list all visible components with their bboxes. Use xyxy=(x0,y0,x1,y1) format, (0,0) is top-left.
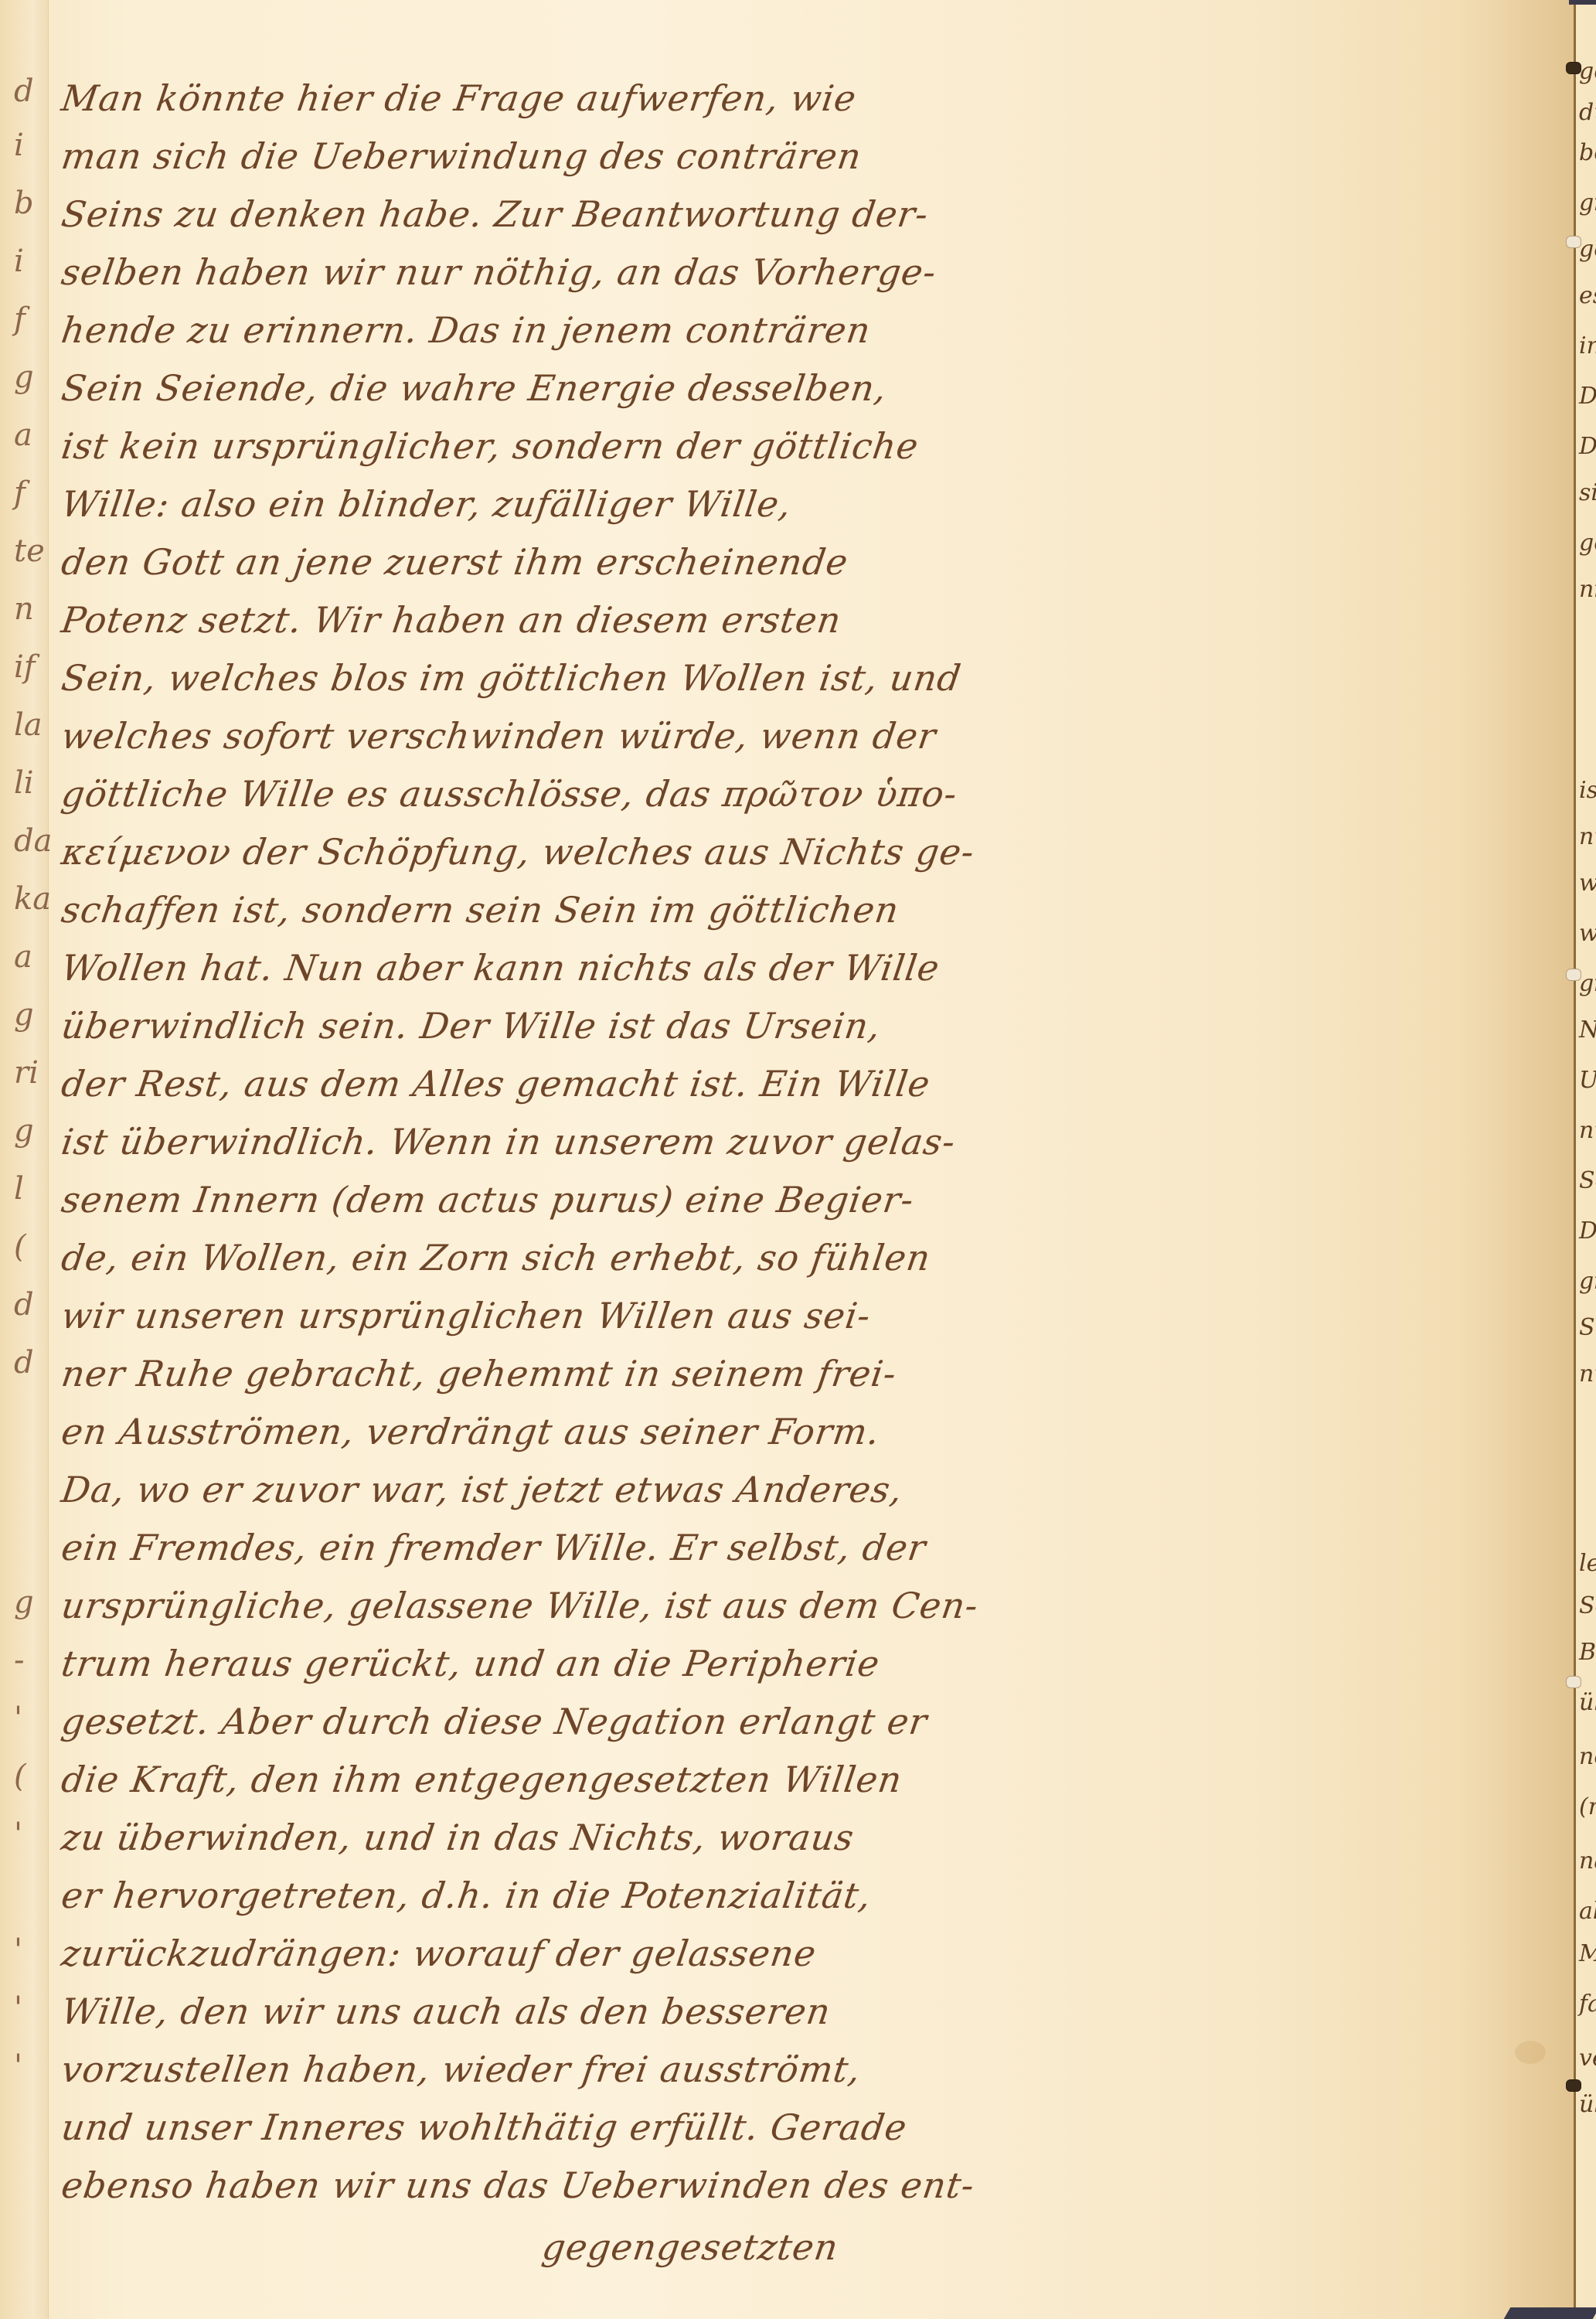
margin-mark: - xyxy=(14,1643,53,1678)
next-page-fragment: Den xyxy=(1579,433,1596,460)
next-page-fragment: als xyxy=(1579,1898,1596,1925)
text-line: Seins zu denken habe. Zur Beantwortung d… xyxy=(59,193,931,235)
manuscript-scan: d i b i f g a f te n if la li da ka a g … xyxy=(0,0,1596,2319)
text-line: κείμενον der Schöpfung, welches aus Nich… xyxy=(59,831,977,873)
margin-mark: i xyxy=(14,243,53,279)
next-page-fragment: es xyxy=(1579,282,1596,309)
next-page-fragment: nu xyxy=(1579,1117,1596,1144)
margin-mark: ( xyxy=(14,1759,53,1794)
margin-mark: d xyxy=(14,1287,53,1323)
book-cover-corner xyxy=(1504,2307,1596,2319)
manuscript-page: Man könnte hier die Frage aufwerfen, wie… xyxy=(48,0,1578,2319)
next-page-fragment: gig xyxy=(1579,1268,1596,1295)
margin-mark: l xyxy=(14,1171,53,1207)
margin-mark: ( xyxy=(14,1229,53,1265)
binding-thread xyxy=(1566,969,1581,981)
margin-mark: g xyxy=(14,1585,53,1620)
margin-mark: ka xyxy=(14,881,53,917)
next-page-fragment: nig xyxy=(1579,576,1596,603)
text-line: gesetzt. Aber durch diese Negation erlan… xyxy=(59,1701,930,1742)
margin-mark: b xyxy=(14,186,53,221)
text-line: zu überwinden, und in das Nichts, woraus xyxy=(59,1817,856,1858)
next-page-fragment: Der xyxy=(1579,383,1596,410)
next-page-fragment: gege xyxy=(1579,58,1596,85)
next-page-fragment: Sin xyxy=(1579,1314,1596,1341)
next-page-fragment: gig xyxy=(1579,970,1596,997)
text-line: Man könnte hier die Frage aufwerfen, wie xyxy=(59,77,859,119)
margin-mark: ' xyxy=(14,1817,53,1852)
binding-thread xyxy=(1566,62,1581,74)
text-line: man sich die Ueberwindung des conträren xyxy=(59,135,864,177)
text-line: Wille, den wir uns auch als den besseren xyxy=(59,1990,833,2032)
text-line: en Ausströmen, verdrängt aus seiner Form… xyxy=(59,1411,883,1452)
binding-thread xyxy=(1566,236,1581,248)
text-line: Da, wo er zuvor war, ist jetzt etwas And… xyxy=(59,1469,905,1510)
next-page-fragment: wir xyxy=(1579,920,1596,947)
next-page-fragment: ve xyxy=(1579,2045,1596,2072)
text-line: Wille: also ein blinder, zufälliger Will… xyxy=(59,483,794,525)
margin-mark: a xyxy=(14,417,53,453)
next-page-fragment: Ur xyxy=(1579,1067,1596,1094)
next-page-fragment: üb xyxy=(1579,1689,1596,1716)
text-line: die Kraft, den ihm entgegengesetzten Wil… xyxy=(59,1759,905,1800)
margin-mark: i xyxy=(14,128,53,163)
margin-mark: ri xyxy=(14,1055,53,1091)
margin-mark: li xyxy=(14,765,53,801)
next-page-fragment: So xyxy=(1579,1592,1596,1619)
margin-mark: te xyxy=(14,533,53,569)
text-line: Sein, welches blos im göttlichen Wollen … xyxy=(59,657,964,699)
next-page-fragment: sie xyxy=(1579,479,1596,506)
next-page-edge: gege dun beit gig geg es in Der Den sie … xyxy=(1574,0,1596,2319)
margin-mark: n xyxy=(14,591,53,627)
next-page-fragment: beit xyxy=(1579,139,1596,166)
margin-mark: ' xyxy=(14,1932,53,1968)
catchword: gegengesetzten xyxy=(539,2226,841,2268)
margin-mark: da xyxy=(14,823,53,859)
text-line: schaffen ist, sondern sein Sein im göttl… xyxy=(59,889,902,931)
next-page-fragment: nun xyxy=(1579,823,1596,850)
next-page-fragment: ist xyxy=(1579,777,1596,804)
text-line: er hervorgetreten, d.h. in die Potenzial… xyxy=(59,1875,874,1916)
margin-mark: ' xyxy=(14,1701,53,1736)
text-line: ein Fremdes, ein fremder Wille. Er selbs… xyxy=(59,1527,929,1568)
margin-mark: f xyxy=(14,475,53,511)
margin-mark: g xyxy=(14,1113,53,1149)
margin-mark: f xyxy=(14,301,53,337)
margin-mark: g xyxy=(14,997,53,1033)
next-page-fragment: (rö xyxy=(1579,1793,1596,1820)
margin-fragments: d i b i f g a f te n if la li da ka a g … xyxy=(14,0,53,2319)
margin-mark: la xyxy=(14,707,53,743)
text-line: senem Innern (dem actus purus) eine Begi… xyxy=(59,1179,917,1221)
text-line: Wollen hat. Nun aber kann nichts als der… xyxy=(59,947,942,989)
text-line: der Rest, aus dem Alles gemacht ist. Ein… xyxy=(59,1063,933,1105)
next-page-fragment: nur xyxy=(1579,1360,1596,1388)
next-page-fragment: Nu xyxy=(1579,1016,1596,1044)
text-line: de, ein Wollen, ein Zorn sich erhebt, so… xyxy=(59,1237,933,1279)
next-page-fragment: dun xyxy=(1579,99,1596,126)
next-page-fragment: gig xyxy=(1579,189,1596,216)
binding-thread xyxy=(1566,1676,1581,1688)
margin-mark: a xyxy=(14,939,53,975)
text-line: hende zu erinnern. Das in jenem conträre… xyxy=(59,309,873,351)
margin-mark: d xyxy=(14,73,53,109)
next-page-fragment: Den xyxy=(1579,1217,1596,1245)
text-line: selben haben wir nur nöthig, an das Vorh… xyxy=(59,251,939,293)
text-line: vorzustellen haben, wieder frei ausström… xyxy=(59,2048,863,2090)
text-line: und unser Inneres wohlthätig erfüllt. Ge… xyxy=(59,2106,910,2148)
next-page-fragment: Ma xyxy=(1579,1940,1596,1967)
text-line: ursprüngliche, gelassene Wille, ist aus … xyxy=(59,1585,981,1626)
margin-mark: ' xyxy=(14,2048,53,2084)
next-page-fragment: na xyxy=(1579,1847,1596,1875)
margin-mark: d xyxy=(14,1345,53,1381)
next-page-fragment: in xyxy=(1579,332,1596,359)
text-line: göttliche Wille es ausschlösse, das πρῶτ… xyxy=(59,773,960,815)
text-line: den Gott an jene zuerst ihm erscheinende xyxy=(59,541,851,583)
binding-thread xyxy=(1566,2079,1581,2092)
next-page-fragment: Bei xyxy=(1579,1639,1596,1666)
next-page-fragment: Sei xyxy=(1579,1167,1596,1194)
margin-mark: if xyxy=(14,649,53,685)
text-line: zurückzudrängen: worauf der gelassene xyxy=(59,1932,819,1974)
next-page-fragment: fak xyxy=(1579,1990,1596,2018)
next-page-fragment: wie xyxy=(1579,870,1596,897)
text-line: Sein Seiende, die wahre Energie desselbe… xyxy=(59,367,890,409)
text-line: welches sofort verschwinden würde, wenn … xyxy=(59,715,939,757)
text-line: überwindlich sein. Der Wille ist das Urs… xyxy=(59,1005,883,1047)
next-page-fragment: üb xyxy=(1579,2091,1596,2118)
text-line: ist überwindlich. Wenn in unserem zuvor … xyxy=(59,1121,958,1163)
text-line: Potenz setzt. Wir haben an diesem ersten xyxy=(59,599,844,641)
next-page-fragment: ne xyxy=(1579,1743,1596,1770)
book-cover-edge xyxy=(1569,0,1596,5)
margin-mark: g xyxy=(14,359,53,395)
text-line: ebenso haben wir uns das Ueberwinden des… xyxy=(59,2164,977,2206)
next-page-fragment: gen xyxy=(1579,530,1596,557)
text-line: trum heraus gerückt, und an die Peripher… xyxy=(59,1643,883,1684)
next-page-fragment: len xyxy=(1579,1550,1596,1577)
text-line: ner Ruhe gebracht, gehemmt in seinem fre… xyxy=(59,1353,899,1394)
text-line: wir unseren ursprünglichen Willen aus se… xyxy=(59,1295,873,1337)
margin-mark: ' xyxy=(14,1990,53,2026)
text-line: ist kein ursprünglicher, sondern der göt… xyxy=(59,425,921,467)
next-page-fragment: geg xyxy=(1579,236,1596,263)
